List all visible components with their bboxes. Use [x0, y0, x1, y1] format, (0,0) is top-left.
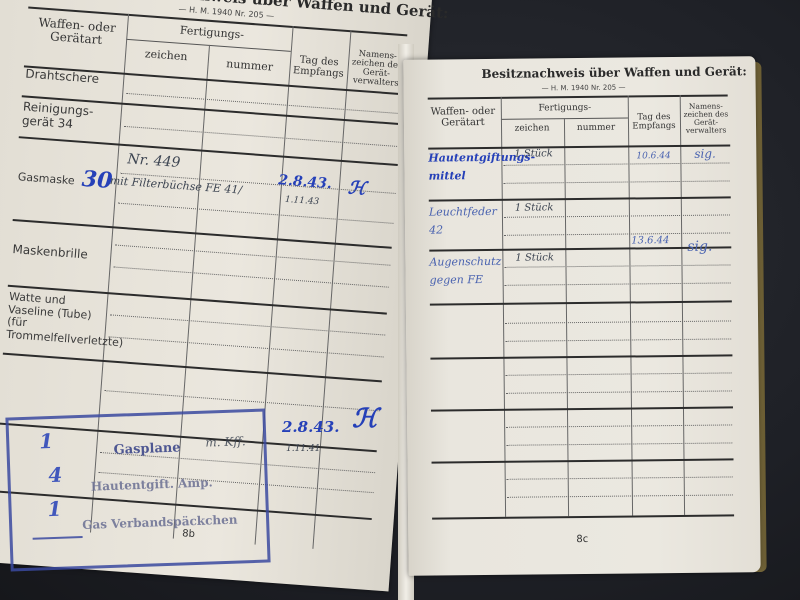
dotted-line	[504, 232, 730, 235]
dotted-line	[507, 494, 733, 497]
dotted-line	[108, 336, 383, 357]
row-item-hautentgiftungsmittel: Hautentgiftungs- mittel	[428, 149, 500, 185]
page-title: Besitznachweis über Waffen und Gerät:	[117, 0, 449, 22]
reference-line: — H. M. 1940 Nr. 205 —	[542, 84, 626, 93]
rule	[429, 246, 731, 251]
dotted-line	[110, 314, 385, 335]
row-signature: sig.	[694, 147, 716, 161]
stamp-date: 2.8.43.	[282, 418, 339, 436]
stamp-line-hautentgift: Hautentgift. Amp.	[91, 475, 213, 493]
stamp-count-2: 4	[48, 463, 63, 487]
header-mark: zeichen	[501, 124, 563, 134]
row-item-leuchtfeder: Leuchtfeder 42	[429, 203, 501, 239]
row-label-drahtschere: Drahtschere	[25, 68, 100, 87]
rule	[432, 458, 734, 463]
stamp-date-2: 1.11.41	[286, 444, 320, 454]
stamp-signature: ℋ	[352, 404, 378, 434]
rule	[428, 94, 728, 99]
page-title: Besitznachweis über Waffen und Gerät:	[481, 64, 746, 81]
row-label-gasmaske: Gasmaske	[17, 171, 75, 188]
row-mark: 1 Stück	[515, 252, 554, 263]
row-label-maskenbrille: Maskenbrille	[12, 243, 88, 262]
header-signature: Namens- zeichen des Gerät- verwalters	[681, 102, 731, 134]
stamp-count-1: 1	[39, 429, 54, 453]
col-divider	[628, 95, 633, 515]
dotted-line	[506, 372, 732, 375]
gasmask-date: 2.8.43.	[278, 172, 333, 192]
row-date: 13.6.44	[631, 235, 669, 246]
rule	[432, 514, 734, 519]
header-item-type: Waffen- oder Gerätart	[26, 16, 128, 48]
gasmask-signature: ℋ	[347, 177, 366, 199]
dotted-line	[505, 282, 731, 285]
dotted-line	[126, 93, 401, 114]
rule	[430, 354, 732, 359]
header-number: nummer	[208, 57, 291, 75]
header-manufacturing: Fertigungs-	[502, 104, 628, 115]
dotted-line	[115, 245, 390, 266]
dotted-line	[505, 338, 731, 341]
dotted-line	[504, 180, 730, 183]
dotted-line	[504, 214, 730, 217]
gasmask-mark: Nr. 449	[127, 151, 181, 171]
header-number: nummer	[564, 124, 628, 134]
stamp-line-gasplane: Gasplane	[113, 440, 181, 457]
rule	[429, 196, 731, 201]
col-divider	[564, 118, 569, 516]
equipment-stamp: 1 4 1 Gasplane Hautentgift. Amp. Gas Ver…	[5, 409, 270, 572]
gasmask-date-2: 1.11.43	[285, 195, 320, 207]
dotted-line	[506, 390, 732, 393]
header-date-received: Tag des Empfangs	[628, 113, 680, 131]
header-item-type: Waffen- oder Gerätart	[428, 107, 498, 129]
row-mark: 1 Stück	[515, 202, 554, 213]
row-mark: 1 Stück	[514, 148, 553, 159]
dotted-line	[104, 390, 379, 411]
stamp-line-verbandspaeckchen: Gas Verbandspäckchen	[82, 513, 238, 532]
rule	[430, 300, 732, 305]
dotted-line	[118, 203, 393, 224]
row-signature: sig.	[687, 239, 712, 255]
col-divider	[680, 95, 685, 515]
stamp-dash	[33, 536, 83, 540]
page-number: 8c	[576, 534, 588, 545]
row-label-reinigungsgeraet: Reinigungs- gerät 34	[21, 100, 113, 134]
dotted-line	[113, 266, 388, 287]
dotted-line	[504, 264, 730, 267]
stamp-mark: m. Kff.	[205, 434, 246, 449]
dotted-line	[506, 442, 732, 445]
dotted-line	[506, 424, 732, 427]
dotted-line	[503, 162, 729, 165]
dotted-line	[507, 476, 733, 479]
row-item-augenschutz: Augenschutz gegen FE	[429, 253, 501, 289]
dotted-line	[505, 320, 731, 323]
row-label-watte-vaseline: Watte und Vaseline (Tube) (für Trommelfe…	[6, 291, 105, 348]
header-mark: zeichen	[125, 47, 208, 65]
dotted-line	[124, 126, 399, 147]
right-page: Besitznachweis über Waffen und Gerät: — …	[403, 56, 760, 576]
row-date: 10.6.44	[636, 151, 670, 161]
gasmask-size-note: 30	[81, 166, 113, 194]
header-date-received: Tag des Empfangs	[290, 55, 347, 80]
stamp-count-3: 1	[47, 497, 62, 521]
rule	[431, 406, 733, 411]
